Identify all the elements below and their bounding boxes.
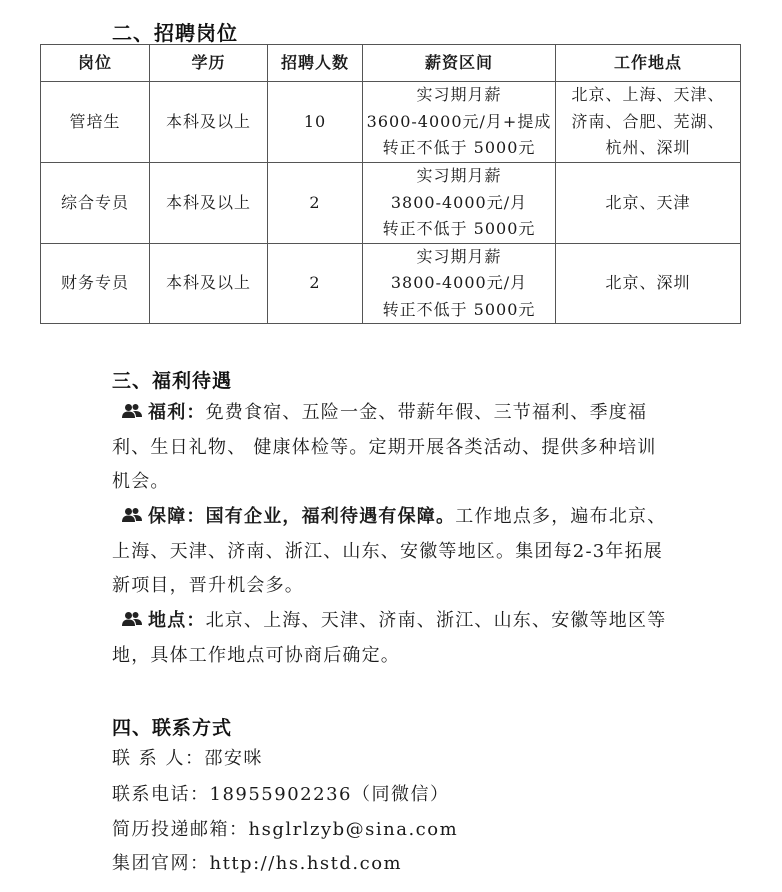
- cell-salary: 实习期月薪 3600-4000元/月+提成 转正不低于 5000元: [363, 82, 556, 163]
- contact-email-row: 简历投递邮箱：hsglrlzyb@sina.com: [112, 818, 458, 842]
- location-line: 北京、天津: [558, 190, 738, 217]
- phone-label: 联系电话：: [112, 784, 210, 805]
- salary-line: 转正不低于 5000元: [365, 297, 553, 324]
- header-location: 工作地点: [556, 45, 741, 82]
- header-position: 岗位: [41, 45, 150, 82]
- benefit-label: 保障：: [148, 506, 206, 527]
- location-line: 杭州、深圳: [558, 135, 738, 162]
- benefit-item-location: 地点：北京、上海、天津、济南、浙江、山东、安徽等地区等地，具体工作地点可协商后确…: [112, 604, 672, 673]
- section-title-benefits: 三、福利待遇: [112, 366, 232, 393]
- salary-line: 实习期月薪: [365, 82, 553, 109]
- location-line: 北京、深圳: [558, 270, 738, 297]
- salary-line: 3800-4000元/月: [365, 270, 553, 297]
- contact-person-value: 邵安咪: [204, 748, 263, 769]
- cell-position: 管培生: [41, 82, 150, 163]
- contact-phone-row: 联系电话：18955902236（同微信）: [112, 783, 449, 807]
- header-salary: 薪资区间: [363, 45, 556, 82]
- salary-line: 3800-4000元/月: [365, 190, 553, 217]
- cell-count: 2: [268, 243, 363, 324]
- benefit-item-welfare: 福利：免费食宿、五险一金、带薪年假、三节福利、季度福利、生日礼物、 健康体检等。…: [112, 396, 672, 500]
- cell-education: 本科及以上: [150, 82, 268, 163]
- phone-value: 18955902236（同微信）: [210, 784, 450, 805]
- users-icon: [122, 605, 142, 621]
- cell-salary: 实习期月薪 3800-4000元/月 转正不低于 5000元: [363, 163, 556, 244]
- cell-count: 2: [268, 163, 363, 244]
- benefit-item-security: 保障：国有企业，福利待遇有保障。工作地点多，遍布北京、上海、天津、济南、浙江、山…: [112, 500, 672, 604]
- contact-person-row: 联 系 人：邵安咪: [112, 747, 263, 771]
- cell-education: 本科及以上: [150, 163, 268, 244]
- benefit-highlight: 国有企业，福利待遇有保障。: [206, 506, 456, 527]
- cell-position: 财务专员: [41, 243, 150, 324]
- cell-count: 10: [268, 82, 363, 163]
- table-row: 财务专员 本科及以上 2 实习期月薪 3800-4000元/月 转正不低于 50…: [41, 243, 741, 324]
- contact-person-label: 联 系 人：: [112, 748, 204, 769]
- cell-location: 北京、天津: [556, 163, 741, 244]
- cell-location: 北京、深圳: [556, 243, 741, 324]
- benefit-label: 福利：: [148, 402, 206, 423]
- cell-location: 北京、上海、天津、 济南、合肥、芜湖、 杭州、深圳: [556, 82, 741, 163]
- location-line: 济南、合肥、芜湖、: [558, 109, 738, 136]
- cell-salary: 实习期月薪 3800-4000元/月 转正不低于 5000元: [363, 243, 556, 324]
- section-title-contact: 四、联系方式: [112, 713, 232, 740]
- location-line: 北京、上海、天津、: [558, 82, 738, 109]
- positions-table: 岗位 学历 招聘人数 薪资区间 工作地点 管培生 本科及以上 10 实习期月薪 …: [40, 44, 741, 324]
- table-row: 综合专员 本科及以上 2 实习期月薪 3800-4000元/月 转正不低于 50…: [41, 163, 741, 244]
- email-label: 简历投递邮箱：: [112, 819, 249, 840]
- salary-line: 3600-4000元/月+提成: [365, 109, 553, 136]
- salary-line: 转正不低于 5000元: [365, 135, 553, 162]
- email-value[interactable]: hsglrlzyb@sina.com: [249, 819, 459, 840]
- users-icon: [122, 501, 142, 517]
- website-link[interactable]: http://hs.hstd.com: [210, 853, 403, 874]
- cell-education: 本科及以上: [150, 243, 268, 324]
- benefit-label: 地点：: [148, 610, 206, 631]
- salary-line: 实习期月薪: [365, 244, 553, 271]
- website-label: 集团官网：: [112, 853, 210, 874]
- users-icon: [122, 397, 142, 413]
- table-row: 管培生 本科及以上 10 实习期月薪 3600-4000元/月+提成 转正不低于…: [41, 82, 741, 163]
- salary-line: 转正不低于 5000元: [365, 216, 553, 243]
- section-title-positions: 二、招聘岗位: [112, 17, 238, 46]
- contact-website-row: 集团官网：http://hs.hstd.com: [112, 852, 402, 876]
- salary-line: 实习期月薪: [365, 163, 553, 190]
- header-count: 招聘人数: [268, 45, 363, 82]
- cell-position: 综合专员: [41, 163, 150, 244]
- header-education: 学历: [150, 45, 268, 82]
- table-header-row: 岗位 学历 招聘人数 薪资区间 工作地点: [41, 45, 741, 82]
